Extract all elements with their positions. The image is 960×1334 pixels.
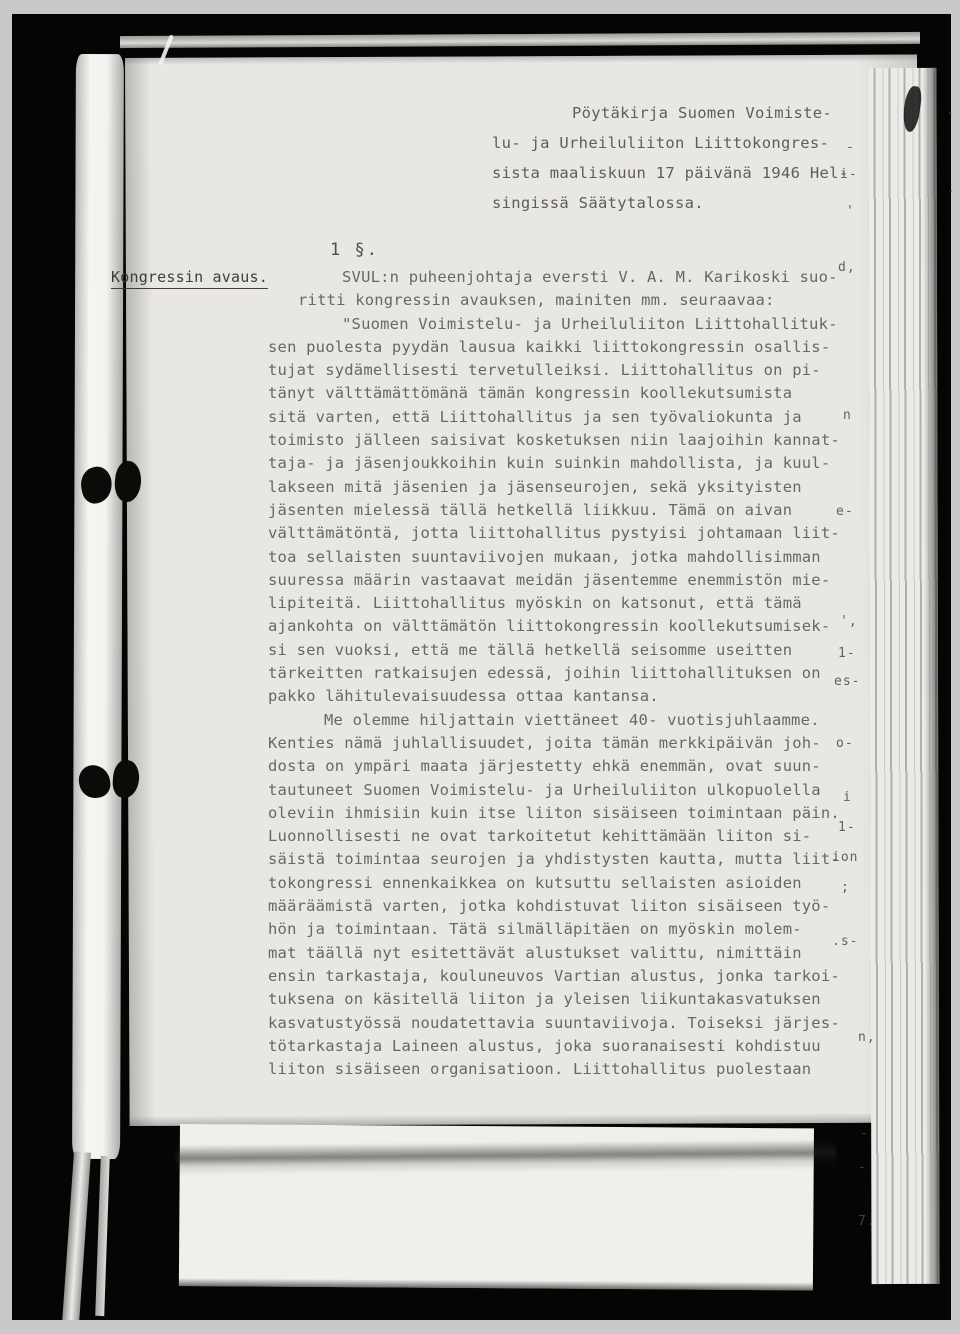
text-line: sitä varten, että Liittohallitus ja sen … xyxy=(268,406,888,429)
edge-text-fragment: e- xyxy=(836,504,854,519)
text-line: dosta on ympäri maata järjestetty ehkä e… xyxy=(268,755,888,778)
text-line: säistä toimintaa seurojen ja yhdistysten… xyxy=(268,848,888,871)
edge-text-fragment: .s- xyxy=(832,934,858,949)
text-line: pakko lähitulevaisuudessa ottaa kantansa… xyxy=(268,685,888,708)
text-line: tujat sydämellisesti tervetulleiksi. Lii… xyxy=(268,359,888,382)
edge-text-fragment: n xyxy=(843,408,852,423)
edge-text-fragment: 1- xyxy=(838,646,856,661)
text-line: si sen vuoksi, että me tällä hetkellä se… xyxy=(268,639,888,662)
text-line: toimisto jälleen saisivat kosketuksen ni… xyxy=(268,429,888,452)
text-line: toa sellaisten suuntaviivojen mukaan, jo… xyxy=(268,546,888,569)
binding-paper-strip-lower xyxy=(62,1152,91,1320)
text-line: ensin tarkastaja, kouluneuvos Vartian al… xyxy=(268,965,888,988)
text-line: suuressa määrin vastaavat meidän jäsente… xyxy=(268,569,888,592)
text-line: SVUL:n puheenjohtaja eversti V. A. M. Ka… xyxy=(268,266,888,289)
text-line: hön ja toimintaan. Tätä silmälläpitäen o… xyxy=(268,918,888,941)
binding-paper-strip xyxy=(72,54,124,1159)
text-line: määräämistä varten, jotka kohdistuvat li… xyxy=(268,895,888,918)
edge-text-fragment: 1- xyxy=(838,820,856,835)
edge-text-fragment: - xyxy=(858,1160,867,1175)
header-line: Pöytäkirja Suomen Voimiste- xyxy=(492,98,892,128)
edge-text-fragment: ', xyxy=(840,614,858,629)
edge-text-fragment: - xyxy=(860,1126,869,1141)
header-line: lu- ja Urheiluliiton Liittokongres- xyxy=(492,128,892,158)
text-line: tokongressi ennenkaikkea on kutsuttu sel… xyxy=(268,872,888,895)
text-line: kasvatustyössä noudatettavia suuntaviivo… xyxy=(268,1012,888,1035)
text-line: lipiteitä. Liittohallitus myöskin on kat… xyxy=(268,592,888,615)
edge-text-fragment: d, xyxy=(838,260,856,275)
text-line: liiton sisäiseen organisatioon. Liittoha… xyxy=(268,1058,888,1081)
edge-text-fragment: i xyxy=(843,790,852,805)
header-line: sista maaliskuun 17 päivänä 1946 Hel- xyxy=(492,158,892,188)
section-heading: 1 §. xyxy=(330,240,450,260)
body-text: SVUL:n puheenjohtaja eversti V. A. M. Ka… xyxy=(268,266,888,1081)
frame-mark: - xyxy=(947,108,953,119)
edge-text-fragment: ' xyxy=(846,204,855,219)
edge-text-fragment: ; xyxy=(841,880,850,895)
text-line: tärkeitten ratkaisujen edessä, joihin li… xyxy=(268,662,888,685)
text-line: ritti kongressin avauksen, mainiten mm. … xyxy=(268,289,888,312)
frame-mark: . xyxy=(948,184,954,195)
paper-crease-shadow xyxy=(176,1139,836,1175)
text-line: "Suomen Voimistelu- ja Urheiluliiton Lii… xyxy=(268,313,888,336)
scanner-background: Pöytäkirja Suomen Voimiste-lu- ja Urheil… xyxy=(12,14,951,1320)
edge-text-fragment: es- xyxy=(834,674,860,689)
underlying-page xyxy=(179,1124,814,1290)
text-line: tautuneet Suomen Voimistelu- ja Urheilul… xyxy=(268,779,888,802)
header-line: singissä Säätytalossa. xyxy=(492,188,892,218)
underlying-sheet-edge xyxy=(120,32,920,48)
text-line: tuksena on käsitellä liiton ja yleisen l… xyxy=(268,988,888,1011)
edge-text-fragment: o- xyxy=(836,736,854,751)
text-line: mat täällä nyt esitettävät alustukset va… xyxy=(268,942,888,965)
edge-text-fragment: 7. xyxy=(858,1214,876,1229)
text-line: tänyt välttämättömänä tämän kongressin k… xyxy=(268,382,888,405)
document-header: Pöytäkirja Suomen Voimiste-lu- ja Urheil… xyxy=(492,98,892,218)
text-line: oleviin ihmisiin kuin itse liiton sisäis… xyxy=(268,802,888,825)
text-line: Kenties nämä juhlallisuudet, joita tämän… xyxy=(268,732,888,755)
margin-label: Kongressin avaus. xyxy=(111,268,268,289)
text-line: taja- ja jäsenjoukkoihin kuin suinkin ma… xyxy=(268,452,888,475)
edge-text-fragment: i- xyxy=(840,167,858,182)
text-line: lakseen mitä jäsenien ja jäsenseurojen, … xyxy=(268,476,888,499)
binding-paper-strip-lower-thin xyxy=(95,1156,110,1316)
text-line: jäsenten mielessä tällä hetkellä liikkuu… xyxy=(268,499,888,522)
text-line: välttämätöntä, jotta liittohallitus pyst… xyxy=(268,522,888,545)
text-line: tötarkastaja Laineen alustus, joka suora… xyxy=(268,1035,888,1058)
text-line: Luonnollisesti ne ovat tarkoitetut kehit… xyxy=(268,825,888,848)
text-line: Me olemme hiljattain viettäneet 40- vuot… xyxy=(268,709,888,732)
edge-text-fragment: - xyxy=(846,140,855,155)
text-line: sen puolesta pyydän lausua kaikki liitto… xyxy=(268,336,888,359)
edge-text-fragment: ion xyxy=(832,850,858,865)
paper-edge-shadow xyxy=(179,1278,813,1290)
text-line: ajankohta on välttämätön liittokongressi… xyxy=(268,615,888,638)
edge-text-fragment: n, xyxy=(858,1030,876,1045)
